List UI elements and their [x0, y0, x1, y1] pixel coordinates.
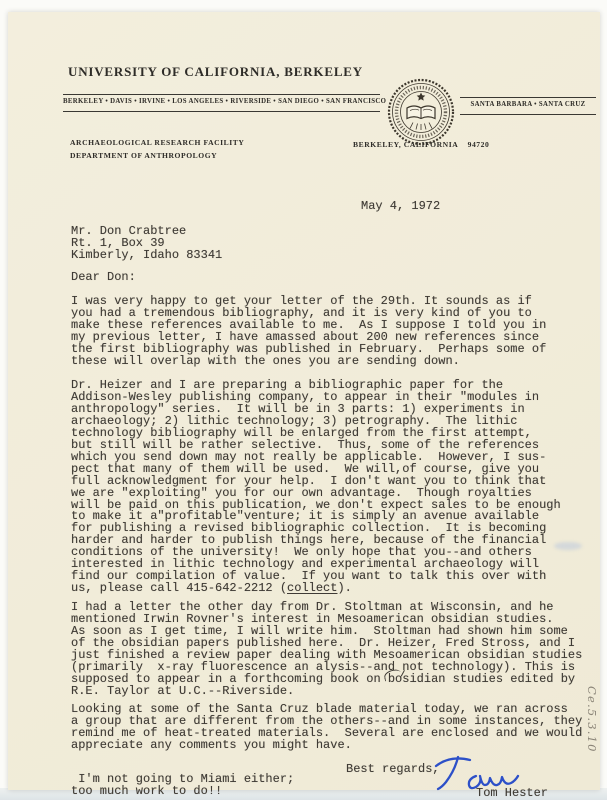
letterhead-city-zip: BERKELEY, CALIFORNIA 94720 — [353, 140, 489, 149]
p3-line7-post: sidian studies edited by — [402, 672, 575, 686]
ink-smudge — [554, 542, 582, 550]
letterhead-department-line2: DEPARTMENT OF ANTHROPOLOGY — [70, 151, 217, 160]
letterhead-rule — [63, 94, 380, 95]
archival-margin-note: Ce.5.3.10 — [585, 686, 599, 753]
p3-handmark-transpose: bo — [388, 674, 402, 686]
phone-line-post: ). — [337, 581, 351, 595]
letterhead-campuses-right: SANTA BARBARA • SANTA CRUZ — [460, 101, 596, 108]
letterhead-rule — [63, 111, 380, 112]
typed-signature-name: Tom Hester — [476, 788, 548, 800]
letterhead-campuses-left: BERKELEY • DAVIS • IRVINE • LOS ANGELES … — [63, 98, 380, 105]
paragraph-4: Looking at some of the Santa Cruz blade … — [71, 704, 582, 752]
recipient-address: Mr. Don Crabtree Rt. 1, Box 39 Kimberly,… — [71, 226, 222, 262]
paragraph-3-body: I had a letter the other day from Dr. St… — [71, 600, 582, 662]
letterhead-department-line1: ARCHAEOLOGICAL RESEARCH FACILITY — [70, 138, 244, 147]
letterhead-rule — [460, 97, 596, 98]
scanned-letter: UNIVERSITY OF CALIFORNIA, BERKELEY BERKE… — [0, 0, 607, 800]
paragraph-2-body: Dr. Heizer and I are preparing a bibliog… — [71, 378, 561, 583]
letterhead-university-title: UNIVERSITY OF CALIFORNIA, BERKELEY — [68, 64, 363, 80]
university-seal-icon: University of California seal — [386, 77, 456, 147]
letterhead-rule — [460, 114, 596, 115]
salutation: Dear Don: — [71, 272, 136, 284]
paragraph-1: I was very happy to get your letter of t… — [71, 296, 546, 368]
phone-collect-underlined: collect — [287, 581, 337, 595]
p3-handmark-not: not — [402, 662, 424, 674]
letter-date: May 4, 1972 — [361, 201, 440, 213]
closing-line: Best regards, — [346, 764, 440, 776]
paragraph-2: Dr. Heizer and I are preparing a bibliog… — [71, 380, 561, 595]
postscript: I'm not going to Miami either; too much … — [71, 774, 294, 798]
phone-line-pre: us, please call 415-642-2212 ( — [71, 581, 287, 595]
p3-line8: R.E. Taylor at U.C.--Riverside. — [71, 684, 294, 698]
letter-paper: UNIVERSITY OF CALIFORNIA, BERKELEY BERKE… — [8, 12, 600, 790]
paragraph-3: I had a letter the other day from Dr. St… — [71, 602, 582, 698]
